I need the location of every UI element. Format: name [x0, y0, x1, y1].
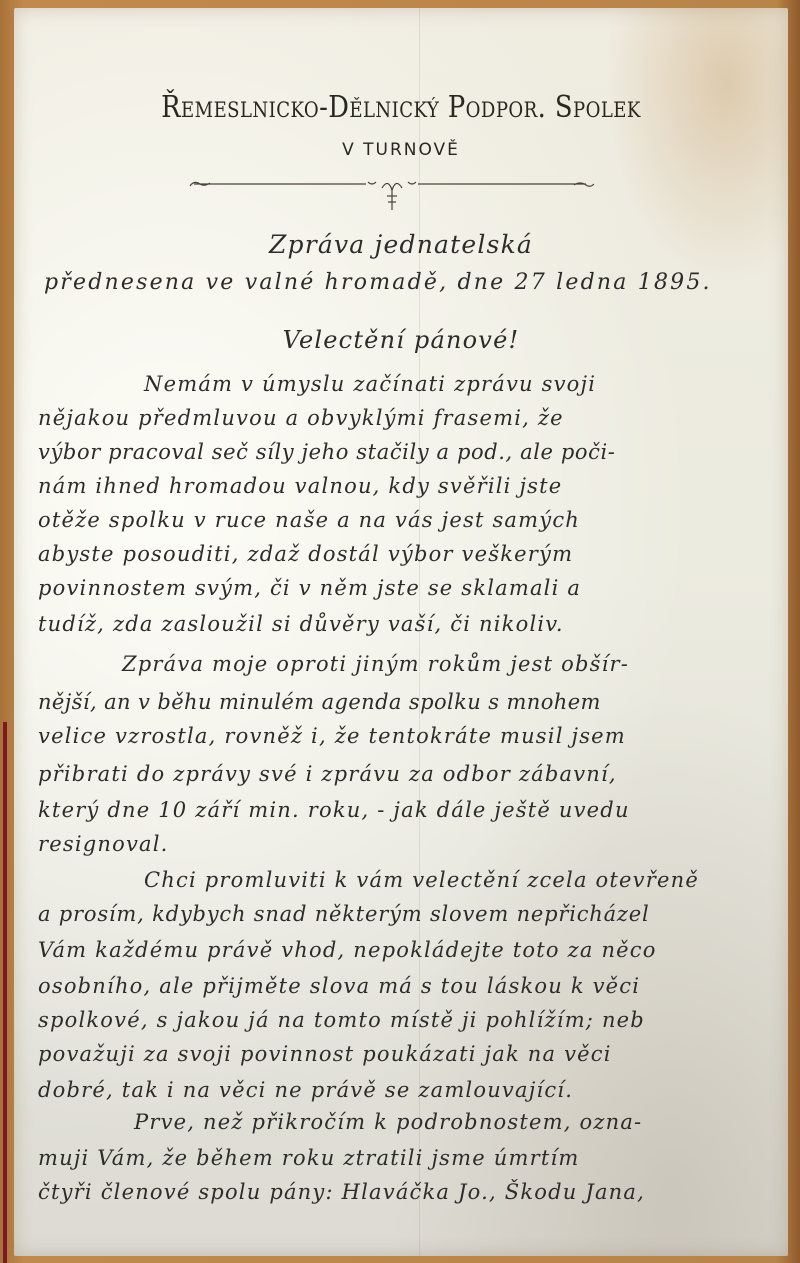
report-subtitle: přednesena ve valné hromadě, dne 27 ledn…	[44, 270, 712, 295]
text-line: přibrati do zprávy své i zprávu za odbor…	[38, 762, 617, 786]
text-line: dobré, tak i na věci ne právě se zamlouv…	[38, 1078, 573, 1102]
text-line: Zpráva moje oproti jiným rokům jest obší…	[122, 652, 629, 676]
text-line: osobního, ale přijměte slova má s tou lá…	[38, 974, 640, 998]
text-line: nějakou předmluvou a obvyklými frasemi, …	[38, 406, 564, 430]
text-line: Vám každému právě vhod, nepokládejte tot…	[38, 938, 657, 962]
report-title: Zpráva jednatelská	[14, 230, 788, 259]
text-line: velice vzrostla, rovněž i, že tentokráte…	[38, 724, 626, 748]
text-line: považuji za svoji povinnost poukázati ja…	[38, 1042, 612, 1066]
text-line: resignoval.	[38, 832, 169, 856]
text-line: Prve, než přikročím k podrobnostem, ozna…	[134, 1110, 642, 1134]
text-line: který dne 10 září min. roku, - jak dále …	[38, 798, 630, 822]
text-line: čtyři členové spolu pány: Hlaváčka Jo., …	[38, 1180, 645, 1204]
text-line: nější, an v běhu minulém agenda spolku s…	[38, 690, 601, 714]
text-line: výbor pracoval seč síly jeho stačily a p…	[38, 440, 616, 464]
text-line: nám ihned hromadou valnou, kdy svěřili j…	[38, 474, 562, 498]
letterhead-title: Řemeslnicko-Dělnický Podpor. Spolek	[68, 90, 734, 125]
text-line: otěže spolku v ruce naše a na vás jest s…	[38, 508, 580, 532]
text-line: Nemám v úmyslu začínati zprávu svoji	[144, 372, 596, 396]
ornament-divider-icon	[186, 176, 598, 216]
text-line: povinnostem svým, či v něm jste se sklam…	[38, 576, 581, 600]
document-page: Řemeslnicko-Dělnický Podpor. Spolek V TU…	[14, 8, 788, 1256]
text-line: abyste posouditi, zdaž dostál výbor vešk…	[38, 542, 573, 566]
text-line: Chci promluviti k vám velectění zcela ot…	[144, 868, 699, 892]
salutation: Velectění pánové!	[14, 326, 788, 354]
red-edge-strip	[3, 722, 7, 1263]
text-line: spolkové, s jakou já na tomto místě ji p…	[38, 1008, 645, 1032]
text-line: tudíž, zda zasloužil si důvěry vaší, či …	[38, 612, 564, 636]
letterhead-subtitle: V TURNOVĚ	[14, 140, 788, 160]
text-line: a prosím, kdybych snad některým slovem n…	[38, 902, 650, 926]
text-line: muji Vám, že během roku ztratili jsme úm…	[38, 1146, 580, 1170]
